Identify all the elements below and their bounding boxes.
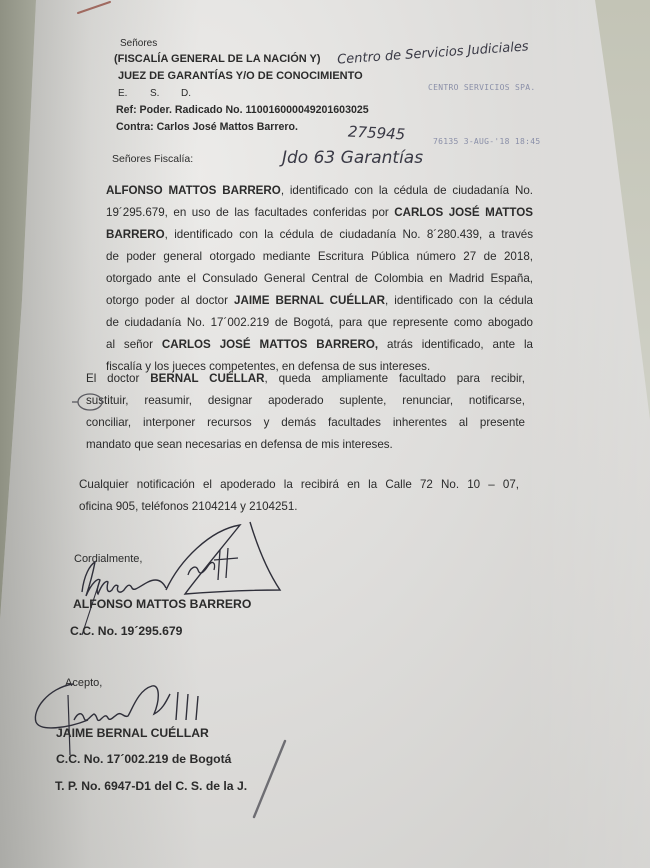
received-stamp-datetime: 76135 3-AUG-'18 18:45 — [433, 137, 540, 146]
paragraph-line: 19´295.679, en uso de las facultades con… — [106, 202, 533, 224]
paragraph-line: oficina 905, teléfonos 2104214 y 2104251… — [79, 496, 519, 518]
paragraph-line: BARRERO, identificado con la cédula de c… — [106, 224, 533, 246]
paragraph-line: otorgo poder al doctor JAIME BERNAL CUÉL… — [106, 290, 533, 312]
reference-line: Ref: Poder. Radicado No. 110016000049201… — [116, 104, 369, 116]
paragraph-notifications: Cualquier notificación el apoderado la r… — [79, 474, 519, 518]
grantor-name: ALFONSO MATTOS BARRERO — [73, 597, 251, 611]
paragraph-line: otorgado ante el Consulado General Centr… — [106, 268, 533, 290]
paragraph-line: El doctor BERNAL CUÉLLAR, queda ampliame… — [86, 368, 525, 390]
paragraph-line: ALFONSO MATTOS BARRERO, identificado con… — [106, 180, 533, 202]
addressee-judge: JUEZ DE GARANTÍAS Y/O DE CONOCIMIENTO — [118, 70, 363, 82]
received-stamp-office: CENTRO SERVICIOS SPA. — [428, 83, 535, 92]
paragraph-line: de ciudadanía No. 17´002.219 de Bogotá, … — [106, 312, 533, 334]
attorney-name: JAIME BERNAL CUÉLLAR — [56, 726, 209, 740]
paragraph-faculties: El doctor BERNAL CUÉLLAR, queda ampliame… — [86, 368, 525, 456]
esd-d: D. — [181, 88, 191, 99]
grantor-id: C.C. No. 19´295.679 — [70, 624, 182, 638]
paragraph-line: mandato que sean necesarias en defensa d… — [86, 434, 525, 456]
closing: Cordialmente, — [74, 553, 142, 565]
paragraph-line: conciliar, interponer recursos y demás f… — [86, 412, 525, 434]
paragraph-line: sustituir, reasumir, designar apoderado … — [86, 390, 525, 412]
attorney-professional-card: T. P. No. 6947-D1 del C. S. de la J. — [55, 779, 247, 793]
handwritten-filing-number: 275945 — [348, 123, 406, 144]
addressee-prosecutor: (FISCALÍA GENERAL DE LA NACIÓN Y) — [114, 53, 321, 65]
against-line: Contra: Carlos José Mattos Barrero. — [116, 121, 298, 133]
paragraph-line: de poder general otorgado mediante Escri… — [106, 246, 533, 268]
greeting: Señores Fiscalía: — [112, 153, 193, 165]
paragraph-line: Cualquier notificación el apoderado la r… — [79, 474, 519, 496]
salutation: Señores — [120, 38, 157, 49]
handwritten-court: Jdo 63 Garantías — [282, 148, 423, 168]
paragraph-line: al señor CARLOS JOSÉ MATTOS BARRERO, atr… — [106, 334, 533, 356]
esd-s: S. — [150, 88, 159, 99]
esd-e: E. — [118, 88, 127, 99]
acceptance: Acepto, — [65, 677, 102, 689]
attorney-id: C.C. No. 17´002.219 de Bogotá — [56, 752, 231, 766]
paragraph-power-of-attorney: ALFONSO MATTOS BARRERO, identificado con… — [106, 180, 533, 378]
